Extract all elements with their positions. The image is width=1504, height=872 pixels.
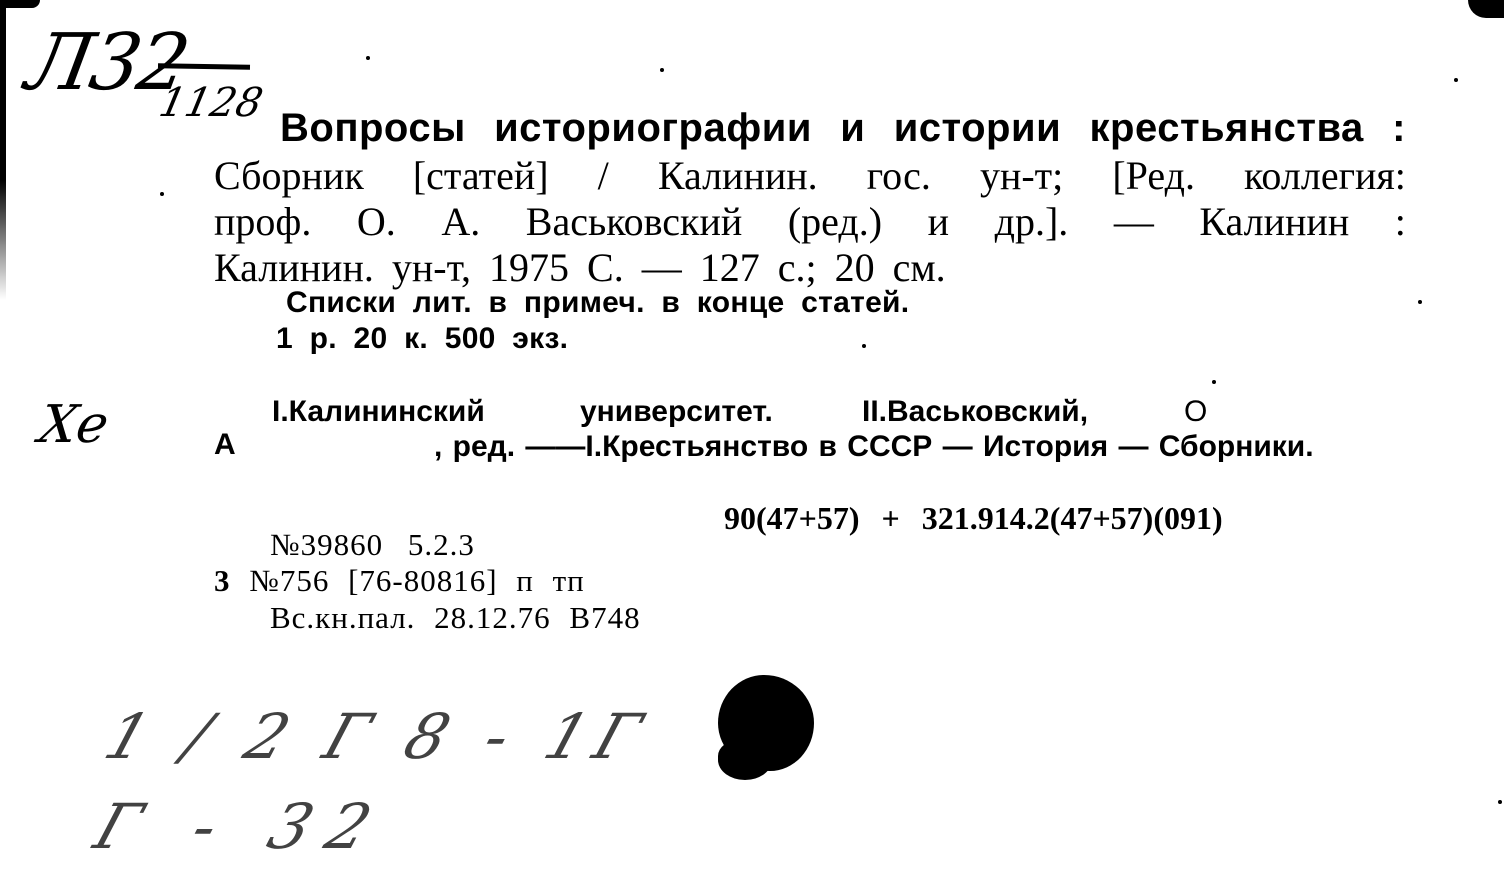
subject-tracing: , ред. ——I.Крестьянство в СССР — История…: [434, 430, 1314, 464]
pencil-note-2: Г - 32: [86, 790, 398, 863]
pencil-note-1: 1 / 2 Г 8 - 1Г: [96, 700, 660, 773]
speck: [1498, 800, 1502, 804]
tracing-2-initial-a: А: [214, 428, 236, 462]
catalog-card: Л32 1128 Вопросыисториографиииисториикре…: [0, 0, 1504, 872]
imprint-line-1: №39860 5.2.3: [270, 527, 475, 563]
imprint-line-3: Вс.кн.пал. 28.12.76 В748: [270, 600, 641, 636]
title-word: :: [1392, 106, 1406, 151]
line3-word: Калинин: [1199, 198, 1349, 245]
line2-word: Сборник: [214, 152, 364, 199]
handwritten-left-mark: Хе: [35, 395, 113, 455]
tracing-2: II.Васьковский,: [862, 395, 1088, 429]
description-line-4: Калинин. ун-т, 1975 С. — 127 с.; 20 см.: [214, 244, 946, 291]
tracing-1-part-2: университет.: [580, 395, 773, 429]
line3-word: (ред.): [788, 198, 882, 245]
title-line: Вопросыисториографиииисториикрестьянства…: [280, 106, 1406, 151]
line2-word: коллегия:: [1244, 152, 1406, 199]
line2-word: Калинин.: [658, 152, 818, 199]
title-word: Вопросы: [280, 106, 466, 151]
speck: [862, 344, 866, 348]
line2-word: гос.: [867, 152, 931, 199]
card-edge-shadow-left: [0, 0, 6, 300]
tracing-2-initial: О: [1184, 395, 1207, 429]
speck: [660, 68, 664, 72]
speck: [1418, 300, 1422, 304]
tracing-1-part-1: I.Калининский: [272, 395, 485, 429]
imprint-line-2-prefix: 3: [214, 563, 231, 598]
line3-word: О.: [357, 198, 396, 245]
line3-word: др.].: [995, 198, 1069, 245]
line3-word: Васьковский: [526, 198, 742, 245]
bibliography-note: Списки лит. в примеч. в конце статей.: [286, 286, 909, 320]
title-word: крестьянства: [1090, 106, 1364, 151]
description-line-2: Сборник[статей]/Калинин.гос.ун-т;[Ред.ко…: [214, 152, 1406, 199]
title-word: и: [840, 106, 865, 151]
line3-word: А.: [441, 198, 480, 245]
speck: [1212, 380, 1216, 384]
classification-number: 90(47+57) + 321.914.2(47+57)(091): [724, 500, 1223, 537]
speck: [1454, 78, 1458, 82]
ink-blot-tail: [718, 740, 772, 780]
price-note: 1 р. 20 к. 500 экз.: [276, 322, 568, 356]
imprint-line-2: 3 №756 [76-80816] п тп: [214, 563, 585, 599]
card-edge-shadow-top: [0, 0, 40, 8]
speck: [160, 192, 164, 196]
line3-word: —: [1114, 198, 1154, 245]
speck: [366, 56, 370, 60]
line3-word: :: [1395, 198, 1406, 245]
line3-word: и: [928, 198, 949, 245]
imprint-line-2-text: №756 [76-80816] п тп: [249, 563, 585, 598]
line2-word: [Ред.: [1112, 152, 1195, 199]
title-word: историографии: [494, 106, 812, 151]
description-line-3: проф.О.А.Васьковский(ред.)идр.].—Калинин…: [214, 198, 1406, 245]
title-word: истории: [894, 106, 1061, 151]
line2-word: [статей]: [413, 152, 549, 199]
line2-word: ун-т;: [980, 152, 1063, 199]
line2-word: /: [598, 152, 609, 199]
line3-word: проф.: [214, 198, 311, 245]
handwritten-shelfmark-sub: 1128: [155, 80, 267, 126]
card-corner-shadow: [1468, 0, 1504, 18]
